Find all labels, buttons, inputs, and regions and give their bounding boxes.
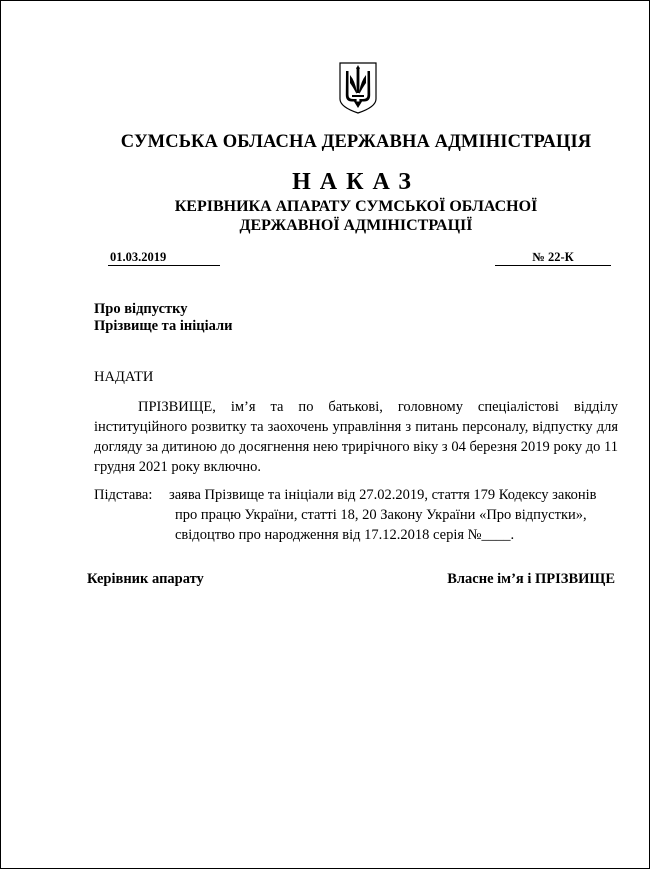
order-verb: НАДАТИ: [94, 369, 153, 386]
issuer-line-2: ДЕРЖАВНОЇ АДМІНІСТРАЦІЇ: [1, 216, 650, 235]
order-number: № 22-К: [495, 250, 611, 266]
document-type-title: НАКАЗ: [1, 169, 650, 196]
order-subject: Про відпустку Прізвище та ініціали: [94, 301, 233, 335]
issuer-heading: КЕРІВНИКА АПАРАТУ СУМСЬКОЇ ОБЛАСНОЇ ДЕРЖ…: [1, 197, 650, 235]
basis-line: свідоцтво про народження від 17.12.2018 …: [169, 525, 629, 545]
basis-label: Підстава:: [94, 485, 152, 505]
basis-line: заява Прізвище та ініціали від 27.02.201…: [169, 485, 629, 505]
document-page: СУМСЬКА ОБЛАСНА ДЕРЖАВНА АДМІНІСТРАЦІЯ Н…: [0, 0, 650, 869]
issuer-line-1: КЕРІВНИКА АПАРАТУ СУМСЬКОЇ ОБЛАСНОЇ: [1, 197, 650, 216]
basis-content: заява Прізвище та ініціали від 27.02.201…: [169, 485, 629, 545]
ukraine-coat-of-arms-icon: [337, 61, 379, 115]
subject-line-1: Про відпустку: [94, 301, 233, 318]
signer-position: Керівник апарату: [87, 571, 204, 588]
organization-name: СУМСЬКА ОБЛАСНА ДЕРЖАВНА АДМІНІСТРАЦІЯ: [1, 132, 650, 153]
basis-line: про працю України, статті 18, 20 Закону …: [169, 505, 629, 525]
order-date: 01.03.2019: [108, 250, 220, 266]
order-body: ПРІЗВИЩЕ, ім’я та по батькові, головному…: [94, 397, 618, 477]
signer-name: Власне ім’я і ПРІЗВИЩЕ: [447, 571, 615, 588]
subject-line-2: Прізвище та ініціали: [94, 318, 233, 335]
